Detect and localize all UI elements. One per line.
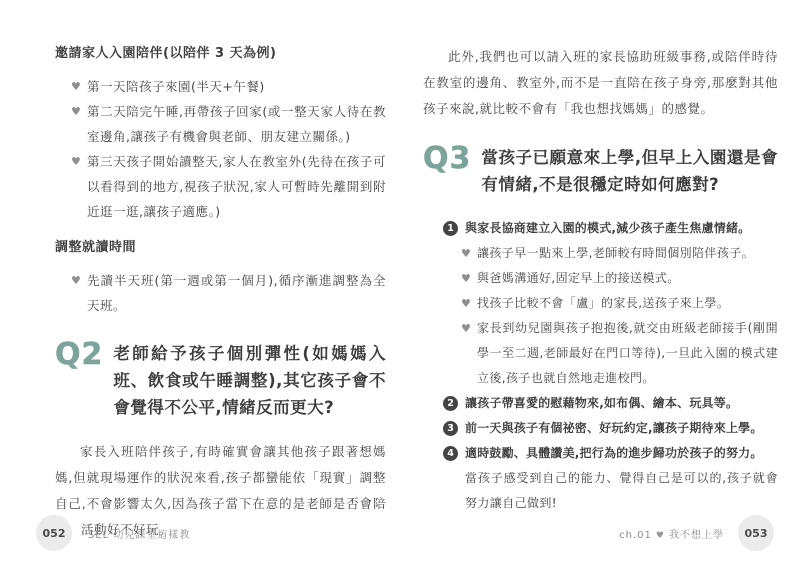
adjust-bullet-list: ♥ 先讀半天班(第一週或第一個月),循序漸進調整為全天班。 [71,268,386,318]
number-2-icon: 2 [443,396,458,411]
heart-bullet-icon: ♥ [71,149,87,174]
page-number-badge: 052 [36,515,72,551]
invite-bullet-list: ♥ 第一天陪孩子來園(半天+午餐) ♥ 第二天陪完午睡,再帶孩子回家(或一整天家… [71,74,386,224]
bullet-text: 先讀半天班(第一週或第一個月),循序漸進調整為全天班。 [87,268,386,318]
q2-title: 老師給予孩子個別彈性(如媽媽入班、飲食或午睡調整),其它孩子會不會覺得不公平,情… [113,340,386,421]
list-item: ♥ 第一天陪孩子來園(半天+午餐) [71,74,386,99]
number-1-icon: 1 [443,221,458,236]
heart-bullet-icon: ♥ [461,316,477,341]
page-right: 此外,我們也可以請入班的家長協助班級事務,或陪伴時待在教室的邊角、教室外,而不是… [400,0,800,567]
heart-bullet-icon: ♥ [461,291,477,316]
bullet-text: 第二天陪完午睡,再帶孩子回家(或一整天家人待在教室邊角,讓孩子有機會與老師、朋友… [87,99,386,149]
numbered-item-4: 4 適時鼓勵、具體讚美,把行為的進步歸功於孩子的努力。 [443,441,778,466]
heart-bullet-icon: ♥ [71,268,87,293]
chapter-number: ch.01 [619,530,652,541]
numbered-item-2: 2 讓孩子帶喜愛的慰藉物來,如布偶、繪本、玩具等。 [443,391,778,416]
book-spread: 邀請家人入園陪伴(以陪伴 3 天為例) ♥ 第一天陪孩子來園(半天+午餐) ♥ … [0,0,800,567]
item-4-continuation: 當孩子感受到自己的能力、覺得自己是可以的,孩子就會努力讓自己做到! [465,466,778,516]
bullet-text: 找孩子比較不會「盧」的家長,送孩子來上學。 [477,291,778,316]
bullet-text: 讓孩子早一點來上學,老師較有時間個別陪伴孩子。 [477,241,778,266]
bullet-text: 與爸媽溝通好,固定早上的接送模式。 [477,266,778,291]
numbered-item-text: 前一天與孩子有個祕密、好玩約定,讓孩子期待來上學。 [465,416,763,441]
numbered-item-1: 1 與家長協商建立入園的模式,減少孩子產生焦慮情緒。 [443,216,778,241]
bullet-text: 家長到幼兒園與孩子抱抱後,就交由班級老師接手(剛開學一至二週,老師最好在門口等待… [477,316,778,391]
numbered-item-3: 3 前一天與孩子有個祕密、好玩約定,讓孩子期待來上學。 [443,416,778,441]
list-item: ♥ 找孩子比較不會「盧」的家長,送孩子來上學。 [461,291,778,316]
q2-badge: Q2 [55,338,103,371]
heart-bullet-icon: ♥ [461,266,477,291]
q3-badge: Q3 [423,142,471,175]
heart-bullet-icon: ♥ [461,241,477,266]
chapter-label: ch.01♥我不想上學 [619,526,724,541]
numbered-item-text: 與家長協商建立入園的模式,減少孩子產生焦慮情緒。 [465,216,750,241]
list-item: ♥ 先讀半天班(第一週或第一個月),循序漸進調整為全天班。 [71,268,386,318]
book-title-label: SEL 幼兒課堂這樣教 [88,526,190,541]
list-item: ♥ 第二天陪完午睡,再帶孩子回家(或一整天家人待在教室邊角,讓孩子有機會與老師、… [71,99,386,149]
q3-title: 當孩子已願意來上學,但早上入園還是會有情緒,不是很穩定時如何應對? [481,144,778,198]
question-3-block: Q3 當孩子已願意來上學,但早上入園還是會有情緒,不是很穩定時如何應對? [423,144,778,198]
bullet-text: 第三天孩子開始讀整天,家人在教室外(先待在孩子可以看得到的地方,視孩子狀況,家人… [87,149,386,224]
bullet-text: 第一天陪孩子來園(半天+午餐) [87,74,386,99]
numbered-item-text: 適時鼓勵、具體讚美,把行為的進步歸功於孩子的努力。 [465,441,763,466]
number-4-icon: 4 [443,446,458,461]
list-item: ♥ 讓孩子早一點來上學,老師較有時間個別陪伴孩子。 [461,241,778,266]
item-1-sub-bullets: ♥ 讓孩子早一點來上學,老師較有時間個別陪伴孩子。 ♥ 與爸媽溝通好,固定早上的… [461,241,778,391]
heart-bullet-icon: ♥ [71,99,87,124]
heart-bullet-icon: ♥ [71,74,87,99]
numbered-item-text: 讓孩子帶喜愛的慰藉物來,如布偶、繪本、玩具等。 [465,391,738,416]
page-left: 邀請家人入園陪伴(以陪伴 3 天為例) ♥ 第一天陪孩子來園(半天+午餐) ♥ … [0,0,400,567]
invite-section-heading: 邀請家人入園陪伴(以陪伴 3 天為例) [55,44,386,64]
list-item: ♥ 與爸媽溝通好,固定早上的接送模式。 [461,266,778,291]
heart-icon: ♥ [656,531,665,541]
answer-numbered-list: 1 與家長協商建立入園的模式,減少孩子產生焦慮情緒。 ♥ 讓孩子早一點來上學,老… [443,216,778,516]
left-footer: 052 SEL 幼兒課堂這樣教 [36,515,190,551]
right-footer: ch.01♥我不想上學 053 [619,515,774,551]
list-item: ♥ 第三天孩子開始讀整天,家人在教室外(先待在孩子可以看得到的地方,視孩子狀況,… [71,149,386,224]
adjust-section-heading: 調整就讀時間 [55,238,386,258]
number-3-icon: 3 [443,421,458,436]
right-intro-paragraph: 此外,我們也可以請入班的家長協助班級事務,或陪伴時待在教室的邊角、教室外,而不是… [423,44,778,122]
question-2-block: Q2 老師給予孩子個別彈性(如媽媽入班、飲食或午睡調整),其它孩子會不會覺得不公… [55,340,386,421]
list-item: ♥ 家長到幼兒園與孩子抱抱後,就交由班級老師接手(剛開學一至二週,老師最好在門口… [461,316,778,391]
chapter-title: 我不想上學 [669,530,724,541]
page-number-badge: 053 [738,515,774,551]
